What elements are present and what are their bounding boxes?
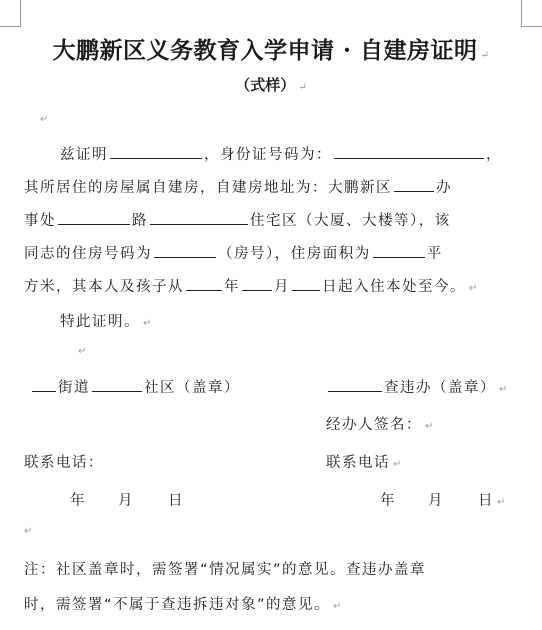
left-phone-label: 联系电话： [24,451,104,472]
month-blank[interactable] [242,276,272,291]
paragraph-mark-icon: ↵ [425,421,435,432]
inspection-office-stamp-line: 查违办（盖章）↵ [326,376,509,397]
right-date-line: 年月日↵ [380,489,507,510]
handler-signature-line: 经办人签名：↵ [326,413,435,434]
paragraph-mark-icon: ↵ [333,601,343,612]
body-line-3: 事处路住宅区（大厦、大楼等），该 [24,209,451,230]
paragraph-mark-icon: ↵ [298,82,306,93]
community-blank[interactable] [92,377,142,392]
document-subtitle: （式样）↵ [0,74,542,95]
paragraph-mark-icon: ↵ [497,497,507,508]
name-blank[interactable] [110,144,202,159]
paragraph-mark-icon: ↵ [143,318,153,329]
office-blank[interactable] [394,177,434,192]
year-blank[interactable] [186,276,222,291]
paragraph-mark-icon: ↵ [481,50,490,61]
inspection-office-blank[interactable] [328,377,382,392]
page-corner-mark-top-left [0,0,21,27]
residential-area-blank[interactable] [150,210,248,225]
paragraph-mark-icon: ↵ [24,526,32,537]
note-line-1: 注：社区盖章时，需签署“情况属实”的意见。查违办盖章 [24,558,426,579]
body-line-4: 同志的住房号码为（房号），住房面积为平 [24,242,443,263]
left-date-line: 年月日 [70,489,184,510]
note-line-2: 时，需签署“不属于查违拆违对象”的意见。↵ [24,593,343,614]
closing-line: 特此证明。↵ [60,310,153,331]
room-number-blank[interactable] [154,243,216,258]
day-blank[interactable] [292,276,320,291]
road-blank[interactable] [58,210,130,225]
paragraph-mark-icon: ↵ [40,114,48,125]
street-blank[interactable] [32,377,56,392]
community-stamp-line: 街道社区（盖章） [30,376,240,397]
area-blank[interactable] [373,243,425,258]
id-number-blank[interactable] [334,144,484,159]
body-line-5: 方米，其本人及孩子从年月日起入住本处至今。↵ [24,275,479,296]
paragraph-mark-icon: ↵ [499,384,509,395]
paragraph-mark-icon: ↵ [78,346,86,357]
document-title: 大鹏新区义务教育入学申请 · 自建房证明↵ [0,32,542,65]
body-line-2: 其所居住的房屋属自建房，自建房地址为：大鹏新区办 [24,176,452,197]
paragraph-mark-icon: ↵ [469,283,479,294]
right-phone-line: 联系电话↵ [326,451,403,472]
body-line-1: 兹证明，身份证号码为：， [60,143,502,164]
page-corner-mark-top-right [521,0,542,27]
paragraph-mark-icon: ↵ [393,459,403,470]
